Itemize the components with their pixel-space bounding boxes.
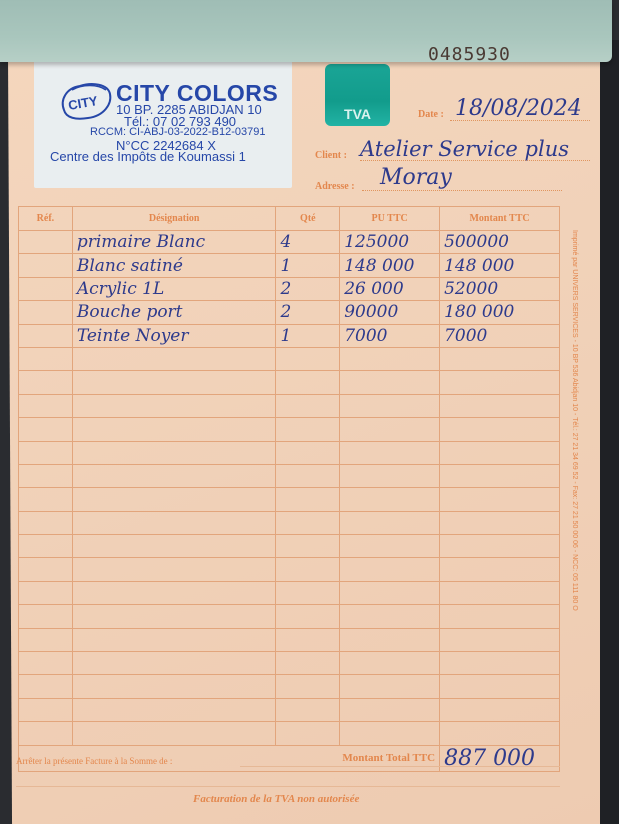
amount-in-words-line: [240, 766, 560, 767]
table-row-empty: [19, 464, 560, 487]
svg-text:CITY: CITY: [67, 93, 99, 113]
table-row-empty: [19, 488, 560, 511]
table-row-empty: [19, 605, 560, 628]
table-row: Teinte Noyer 1 7000 7000: [19, 324, 560, 347]
table-row-empty: [19, 698, 560, 721]
cell-unit-price: 148 000: [340, 254, 440, 277]
invoice-serial-number: 0485930: [428, 44, 511, 65]
cell-quantity: 2: [276, 301, 340, 324]
cell-quantity: 4: [276, 231, 340, 254]
printer-note: Imprimé par UNIVERS SERVICES - 10 BP 536…: [571, 230, 578, 700]
cell-designation: Bouche port: [72, 301, 276, 324]
invoice-items-table: Réf. Désignation Qté PU TTC Montant TTC …: [18, 206, 560, 772]
table-row-empty: [19, 441, 560, 464]
cell-designation: Acrylic 1L: [72, 277, 276, 300]
cell-designation: Teinte Noyer: [72, 324, 276, 347]
header-designation: Désignation: [72, 207, 276, 231]
table-row-empty: [19, 722, 560, 745]
cell-amount: 500000: [440, 231, 560, 254]
cell-amount: 52000: [440, 277, 560, 300]
header-unit-price: PU TTC: [340, 207, 440, 231]
address-line: [362, 190, 562, 191]
binder-background: [600, 40, 619, 824]
city-colors-logo-icon: CITY: [58, 80, 114, 124]
tva-badge: TVA: [325, 64, 390, 126]
table-header-row: Réf. Désignation Qté PU TTC Montant TTC: [19, 207, 560, 231]
table-row-empty: [19, 347, 560, 370]
cell-quantity: 1: [276, 324, 340, 347]
company-rccm: RCCM: CI-ABJ-03-2022-B12-03791: [90, 126, 265, 138]
header-ref: Réf.: [19, 207, 73, 231]
table-row-empty: [19, 581, 560, 604]
cell-designation: Blanc satiné: [72, 254, 276, 277]
cell-amount: 148 000: [440, 254, 560, 277]
address-value: Moray: [380, 165, 452, 190]
table-row-empty: [19, 628, 560, 651]
amount-in-words-label: Arrêter la présente Facture à la Somme d…: [16, 756, 172, 766]
cell-amount: 7000: [440, 324, 560, 347]
date-label: Date :: [418, 109, 444, 120]
cell-ref: [19, 231, 73, 254]
client-label: Client :: [315, 150, 347, 161]
cell-quantity: 2: [276, 277, 340, 300]
address-label: Adresse :: [315, 181, 355, 192]
cell-unit-price: 125000: [340, 231, 440, 254]
cell-designation: primaire Blanc: [72, 231, 276, 254]
tva-notice: Facturation de la TVA non autorisée: [193, 793, 359, 805]
cell-ref: [19, 301, 73, 324]
table-row-empty: [19, 418, 560, 441]
company-stamp: CITY CITY COLORS 10 BP. 2285 ABIDJAN 10 …: [34, 58, 292, 188]
table-row: Bouche port 2 90000 180 000: [19, 301, 560, 324]
carbon-cover-sheet: [0, 0, 612, 62]
table-row-empty: [19, 558, 560, 581]
cell-ref: [19, 254, 73, 277]
date-value: 18/08/2024: [455, 96, 582, 121]
cell-unit-price: 26 000: [340, 277, 440, 300]
client-value: Atelier Service plus: [360, 137, 569, 161]
header-quantity: Qté: [276, 207, 340, 231]
cell-quantity: 1: [276, 254, 340, 277]
cell-ref: [19, 324, 73, 347]
amount-in-words-line-2: [16, 786, 560, 787]
table-row: Blanc satiné 1 148 000 148 000: [19, 254, 560, 277]
cell-unit-price: 7000: [340, 324, 440, 347]
total-value: 887 000: [440, 745, 560, 771]
table-row-empty: [19, 511, 560, 534]
cell-unit-price: 90000: [340, 301, 440, 324]
table-row-empty: [19, 675, 560, 698]
company-tax-center: Centre des Impôts de Koumassi 1: [50, 149, 246, 164]
table-row: primaire Blanc 4 125000 500000: [19, 231, 560, 254]
table-row-empty: [19, 535, 560, 558]
table-row-empty: [19, 394, 560, 417]
header-amount: Montant TTC: [440, 207, 560, 231]
table-row-empty: [19, 371, 560, 394]
table-row-empty: [19, 652, 560, 675]
cell-ref: [19, 277, 73, 300]
cell-amount: 180 000: [440, 301, 560, 324]
table-row: Acrylic 1L 2 26 000 52000: [19, 277, 560, 300]
